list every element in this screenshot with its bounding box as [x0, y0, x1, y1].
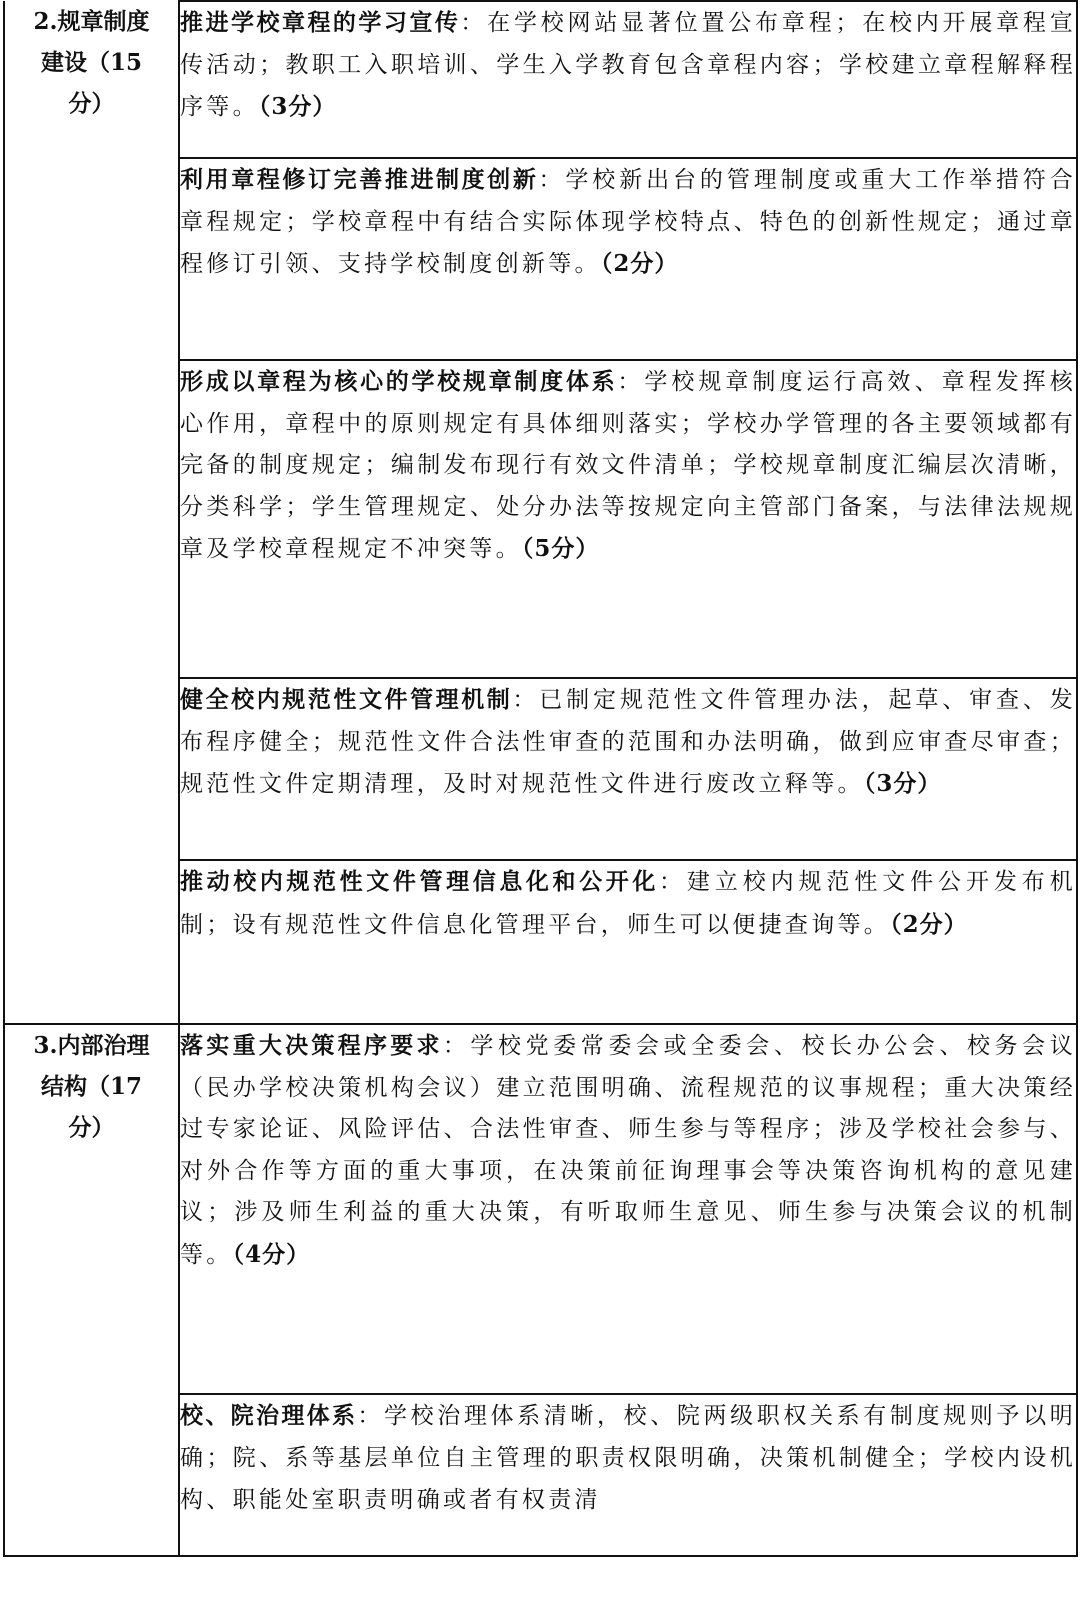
criterion-score: （2分）	[890, 911, 968, 938]
criterion-title: 校、院治理体系	[180, 1402, 357, 1429]
criterion-title: 健全校内规范性文件管理机制	[180, 686, 512, 713]
criterion-score: （3分）	[259, 93, 337, 120]
criterion-cell: 校、院治理体系：学校治理体系清晰，校、院两级职权关系有制度规则予以明确；院、系等…	[179, 1394, 1077, 1556]
category-cell: 3.内部治理 结构（17 分）	[4, 1024, 179, 1556]
criterion-score: （2分）	[601, 250, 679, 277]
criterion-title: 推动校内规范性文件管理信息化和公开化	[180, 868, 659, 895]
criterion-cell: 推动校内规范性文件管理信息化和公开化：建立校内规范性文件公开发布机制；设有规范性…	[179, 860, 1077, 1024]
criterion-cell: 利用章程修订完善推进制度创新：学校新出台的管理制度或重大工作举措符合章程规定；学…	[179, 158, 1077, 360]
criterion-cell: 落实重大决策程序要求：学校党委常委会或全委会、校长办公会、校务会议（民办学校决策…	[179, 1024, 1077, 1394]
criterion-body: ：学校党委常委会或全委会、校长办公会、校务会议（民办学校决策机构会议）建立范围明…	[180, 1033, 1076, 1268]
category-label-line: 建设（15	[5, 42, 178, 83]
criterion-score: （3分）	[864, 770, 942, 797]
criterion-title: 利用章程修订完善推进制度创新	[180, 166, 539, 193]
criterion-title: 推进学校章程的学习宣传	[180, 9, 460, 36]
category-label-line: 分）	[5, 1107, 178, 1148]
criterion-score: （4分）	[233, 1241, 311, 1268]
criterion-body: ：学校规章制度运行高效、章程发挥核心作用，章程中的原则规定有具体细则落实；学校办…	[180, 369, 1076, 562]
criterion-cell: 健全校内规范性文件管理机制：已制定规范性文件管理办法，起草、审查、发布程序健全；…	[179, 678, 1077, 860]
evaluation-criteria-table: 2.规章制度 建设（15 分） 推进学校章程的学习宣传：在学校网站显著位置公布章…	[3, 0, 1078, 1557]
criterion-title: 形成以章程为核心的学校规章制度体系	[180, 368, 617, 395]
criterion-score: （5分）	[522, 535, 600, 562]
category-label-line: 3.内部治理	[5, 1025, 178, 1066]
table-row: 2.规章制度 建设（15 分） 推进学校章程的学习宣传：在学校网站显著位置公布章…	[4, 1, 1077, 158]
category-label-line: 分）	[5, 83, 178, 124]
table-row: 3.内部治理 结构（17 分） 落实重大决策程序要求：学校党委常委会或全委会、校…	[4, 1024, 1077, 1394]
criterion-cell: 推进学校章程的学习宣传：在学校网站显著位置公布章程；在校内开展章程宣传活动；教职…	[179, 1, 1077, 158]
criterion-cell: 形成以章程为核心的学校规章制度体系：学校规章制度运行高效、章程发挥核心作用，章程…	[179, 360, 1077, 678]
category-label-line: 结构（17	[5, 1066, 178, 1107]
category-cell: 2.规章制度 建设（15 分）	[4, 1, 179, 1024]
category-label-line: 2.规章制度	[5, 1, 178, 42]
criterion-title: 落实重大决策程序要求	[180, 1032, 443, 1059]
